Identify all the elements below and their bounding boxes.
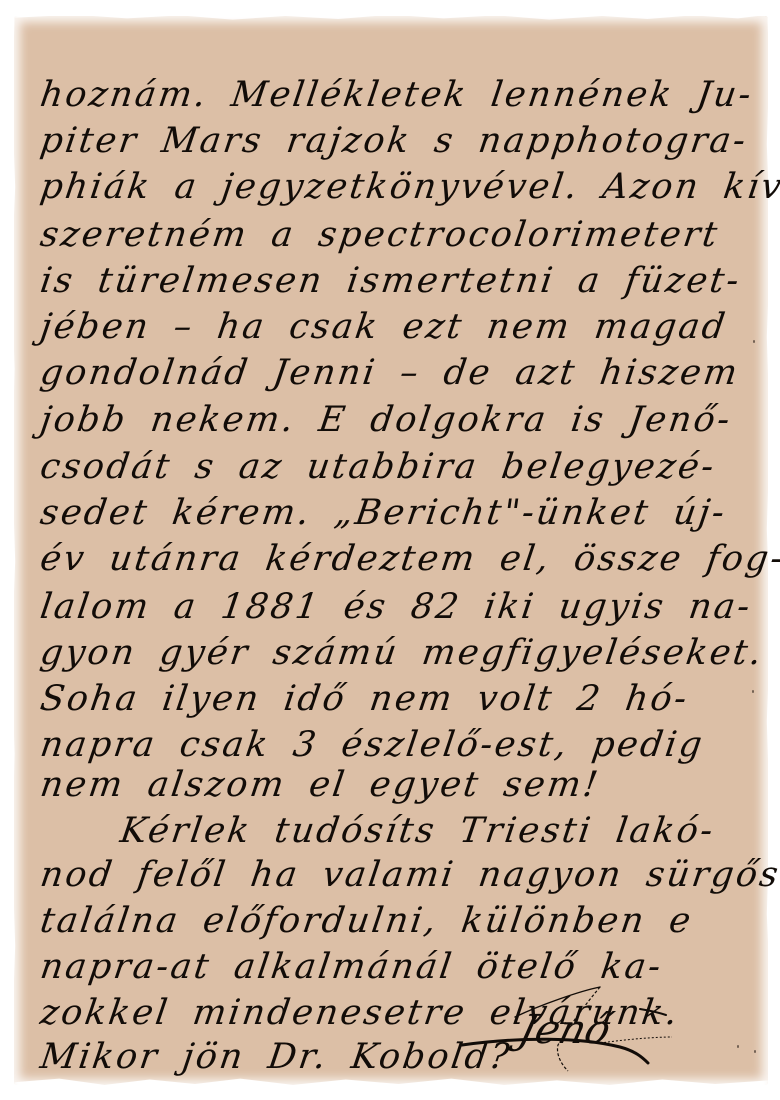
letter-line: piter Mars rajzok s napphotogra-: [38, 124, 750, 159]
letter-line: jobb nekem. E dolgokra is Jenő-: [38, 403, 734, 438]
letter-line: szeretném a spectrocolorimetert: [38, 218, 721, 253]
letter-line: Mikor jön Dr. Kobold?: [38, 1040, 513, 1075]
letter-line: gondolnád Jenni – de azt hiszem: [38, 356, 742, 391]
letter-line: phiák a jegyzetkönyvével. Azon kívül: [38, 170, 780, 205]
torn-edge-left: [8, 16, 20, 1085]
letter-line: hoznám. Mellékletek lennének Ju-: [38, 78, 755, 113]
letter-line: gyon gyér számú megfigyeléseket.: [38, 636, 766, 671]
letter-line: napra-at alkalmánál ötelő ka-: [38, 950, 665, 985]
paper-speck: [753, 340, 755, 343]
paper-speck: [754, 1050, 756, 1053]
torn-edge-top: [14, 10, 768, 22]
signature-name: Jenő: [514, 1007, 615, 1053]
page-background: hoznám. Mellékletek lennének Ju- piter M…: [0, 0, 780, 1100]
letter-line: találna előfordulni, különben e: [38, 904, 695, 939]
letter-line: nem alszom el egyet sem!: [38, 768, 602, 803]
letter-line: Soha ilyen idő nem volt 2 hó-: [38, 682, 691, 717]
letter-line: jében – ha csak ezt nem magad: [38, 310, 729, 345]
letter-line: sedet kérem. „Bericht"-ünket új-: [38, 496, 729, 531]
letter-line: lalom a 1881 és 82 iki ugyis na-: [38, 590, 754, 625]
paper-speck: [737, 1045, 739, 1048]
letter-line: napra csak 3 észlelő-est, pedig: [38, 728, 706, 763]
signature: Jenő: [460, 985, 690, 1075]
paper-speck: [752, 690, 754, 693]
letter-line: év utánra kérdeztem el, össze fog-: [38, 542, 780, 577]
letter-line: is türelmesen ismertetni a füzet-: [38, 264, 743, 299]
letter-line: Kérlek tudósíts Triesti lakó-: [118, 814, 717, 849]
letter-line: csodát s az utabbira belegyezé-: [38, 450, 718, 485]
torn-edge-bottom: [14, 1075, 768, 1093]
letter-line: nod felől ha valami nagyon sürgős: [38, 858, 780, 893]
